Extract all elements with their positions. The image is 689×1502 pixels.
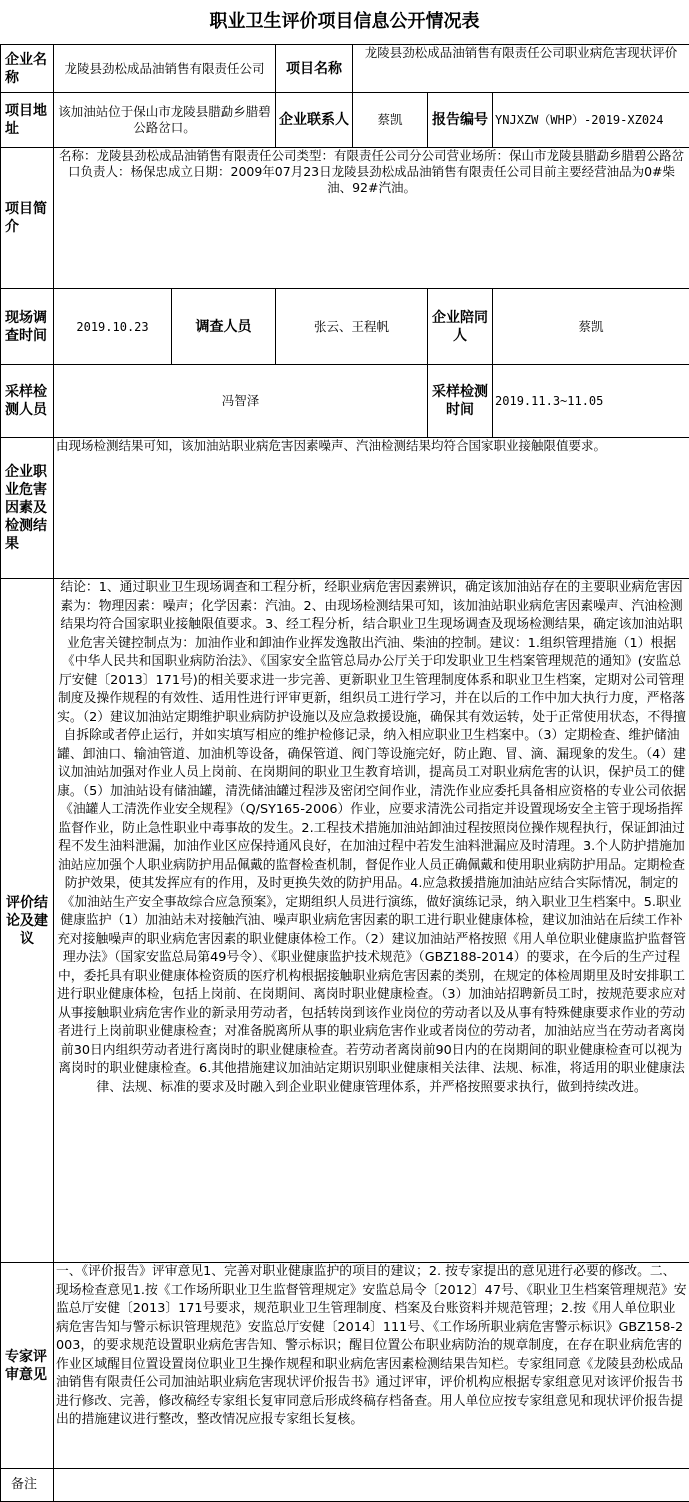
page-title: 职业卫生评价项目信息公开情况表 (0, 0, 689, 44)
survey-time-value: 2019.10.23 (54, 289, 172, 365)
enterprise-contact-label: 企业联系人 (276, 93, 353, 148)
report-number-label: 报告编号 (428, 93, 493, 148)
sampling-time-label: 采样检测时间 (428, 365, 493, 438)
report-number-value: YNJXZW（WHP）-2019-XZ024 (493, 93, 689, 148)
remarks-label: 备注 (1, 1469, 54, 1502)
conclusion-value: 结论：1、通过职业卫生现场调查和工程分析，经职业病危害因素辨识，确定该加油站存在… (54, 579, 689, 1263)
row-project-intro: 项目简介 名称：龙陵县劲松成品油销售有限责任公司类型：有限责任公司分公司营业场所… (1, 148, 689, 289)
project-address-label: 项目地址 (1, 93, 54, 148)
conclusion-label: 评价结论及建议 (1, 579, 54, 1263)
sampling-staff-label: 采样检测人员 (1, 365, 54, 438)
sampling-time-value: 2019.11.3~11.05 (493, 365, 689, 438)
expert-opinion-value: 一、《评价报告》评审意见1、完善对职业健康监护的项目的建议；2. 按专家提出的意… (54, 1263, 689, 1469)
row-hazard-results: 企业职业危害因素及检测结果 由现场检测结果可知，该加油站职业病危害因素噪声、汽油… (1, 438, 689, 579)
row-survey: 现场调查时间 2019.10.23 调查人员 张云、王程帆 企业陪同人 蔡凯 (1, 289, 689, 365)
row-address-contact: 项目地址 该加油站位于保山市龙陵县腊勐乡腊碧公路岔口。 企业联系人 蔡凯 报告编… (1, 93, 689, 148)
row-remarks: 备注 (1, 1469, 689, 1502)
row-enterprise-project: 企业名称 龙陵县劲松成品油销售有限责任公司 项目名称 龙陵县劲松成品油销售有限责… (1, 45, 689, 93)
info-table: 企业名称 龙陵县劲松成品油销售有限责任公司 项目名称 龙陵县劲松成品油销售有限责… (0, 44, 689, 1502)
enterprise-escort-label: 企业陪同人 (428, 289, 493, 365)
sampling-staff-value: 冯智泽 (54, 365, 428, 438)
enterprise-escort-value: 蔡凯 (493, 289, 689, 365)
project-intro-value: 名称：龙陵县劲松成品油销售有限责任公司类型：有限责任公司分公司营业场所：保山市龙… (54, 148, 689, 289)
hazard-results-value: 由现场检测结果可知，该加油站职业病危害因素噪声、汽油检测结果均符合国家职业接触限… (54, 438, 689, 579)
expert-opinion-label: 专家评审意见 (1, 1263, 54, 1469)
enterprise-contact-value: 蔡凯 (353, 93, 428, 148)
investigators-label: 调查人员 (172, 289, 276, 365)
project-intro-label: 项目简介 (1, 148, 54, 289)
row-sampling: 采样检测人员 冯智泽 采样检测时间 2019.11.3~11.05 (1, 365, 689, 438)
project-name-label: 项目名称 (276, 45, 353, 93)
enterprise-name-label: 企业名称 (1, 45, 54, 93)
remarks-value (54, 1469, 689, 1502)
investigators-value: 张云、王程帆 (276, 289, 428, 365)
project-name-value: 龙陵县劲松成品油销售有限责任公司职业病危害现状评价 (353, 45, 689, 93)
survey-time-label: 现场调查时间 (1, 289, 54, 365)
hazard-results-label: 企业职业危害因素及检测结果 (1, 438, 54, 579)
enterprise-name-value: 龙陵县劲松成品油销售有限责任公司 (54, 45, 276, 93)
project-address-value: 该加油站位于保山市龙陵县腊勐乡腊碧公路岔口。 (54, 93, 276, 148)
row-conclusion: 评价结论及建议 结论：1、通过职业卫生现场调查和工程分析，经职业病危害因素辨识，… (1, 579, 689, 1263)
row-expert-opinion: 专家评审意见 一、《评价报告》评审意见1、完善对职业健康监护的项目的建议；2. … (1, 1263, 689, 1469)
